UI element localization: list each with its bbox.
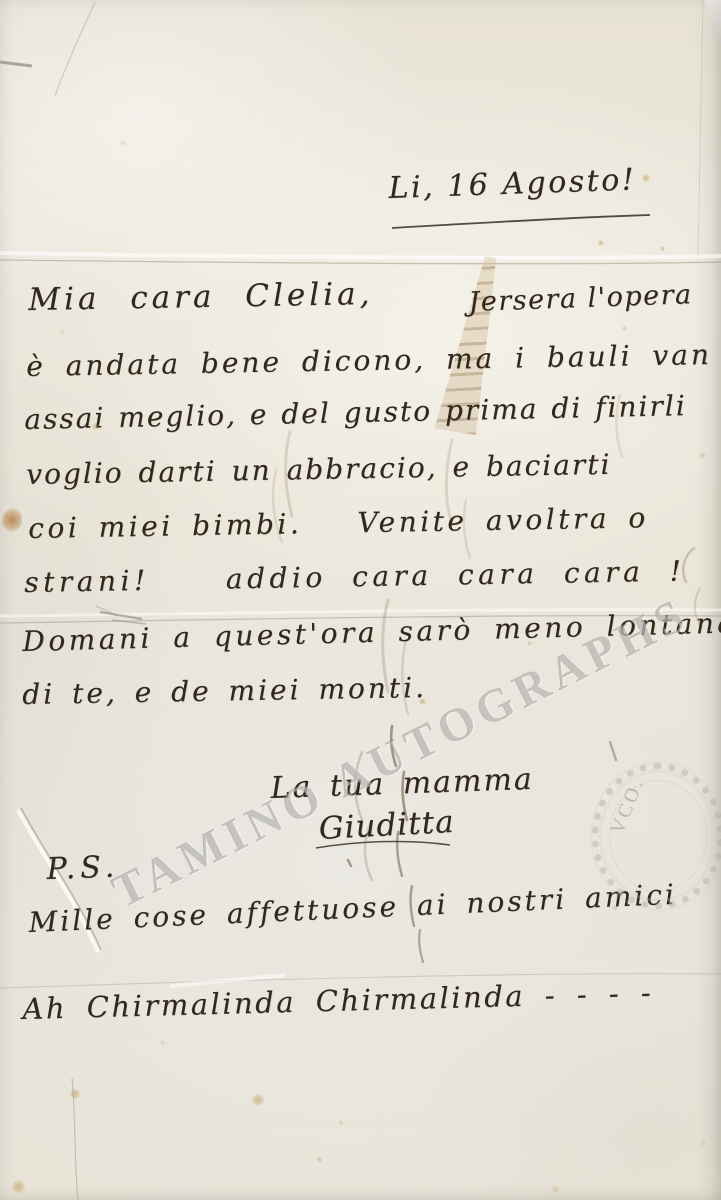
body-line: è andata bene dicono, ma i bauli van	[26, 340, 712, 383]
signature: Giuditta	[318, 805, 455, 846]
foxing-spot	[316, 1156, 323, 1163]
foxing-spot	[700, 1140, 706, 1146]
foxing-spot	[642, 174, 650, 182]
foxing-spot	[338, 1120, 344, 1126]
foxing-spot	[70, 1089, 80, 1099]
body-line: di te, e de miei monti.	[22, 673, 427, 711]
foxing-spot	[699, 452, 706, 459]
body-line: voglio darti un abbracio, e baciarti	[26, 450, 612, 491]
letter-scan: Li, 16 Agosto! Mia cara Clelia, Jersera …	[0, 0, 721, 1200]
postscript-line: Mille cose affettuose ai nostri amici	[28, 880, 677, 939]
foxing-spot	[2, 508, 22, 532]
folded-corner	[695, 0, 721, 46]
body-line: strani! addio cara cara cara !	[24, 556, 686, 598]
date-line: Li, 16 Agosto!	[388, 163, 637, 205]
foxing-spot	[120, 140, 126, 146]
foxing-spot	[552, 1186, 559, 1193]
foxing-spot	[160, 1040, 165, 1045]
salutation: Mia cara Clelia,	[28, 277, 374, 317]
foxing-spot	[622, 326, 627, 331]
foxing-spot	[252, 1094, 264, 1106]
foxing-spot	[598, 240, 604, 246]
postscript-label: P.S.	[46, 850, 120, 886]
foxing-spot	[12, 1180, 25, 1193]
body-line: assai meglio, e del gusto prima di finir…	[24, 391, 687, 436]
closing-line: La tua mamma	[270, 763, 534, 805]
body-line: Domani a quest'ora sarò meno lontana	[22, 608, 721, 658]
postscript-line: Ah Chirmalinda Chirmalinda - - - -	[22, 977, 653, 1025]
body-line: coi miei bimbi. Venite avoltra o	[28, 503, 649, 545]
opening-phrase: Jersera l'opera	[468, 280, 693, 317]
foxing-spot	[660, 246, 665, 251]
embossed-stamp: VCO.	[592, 763, 721, 909]
foxing-spot	[60, 330, 65, 335]
